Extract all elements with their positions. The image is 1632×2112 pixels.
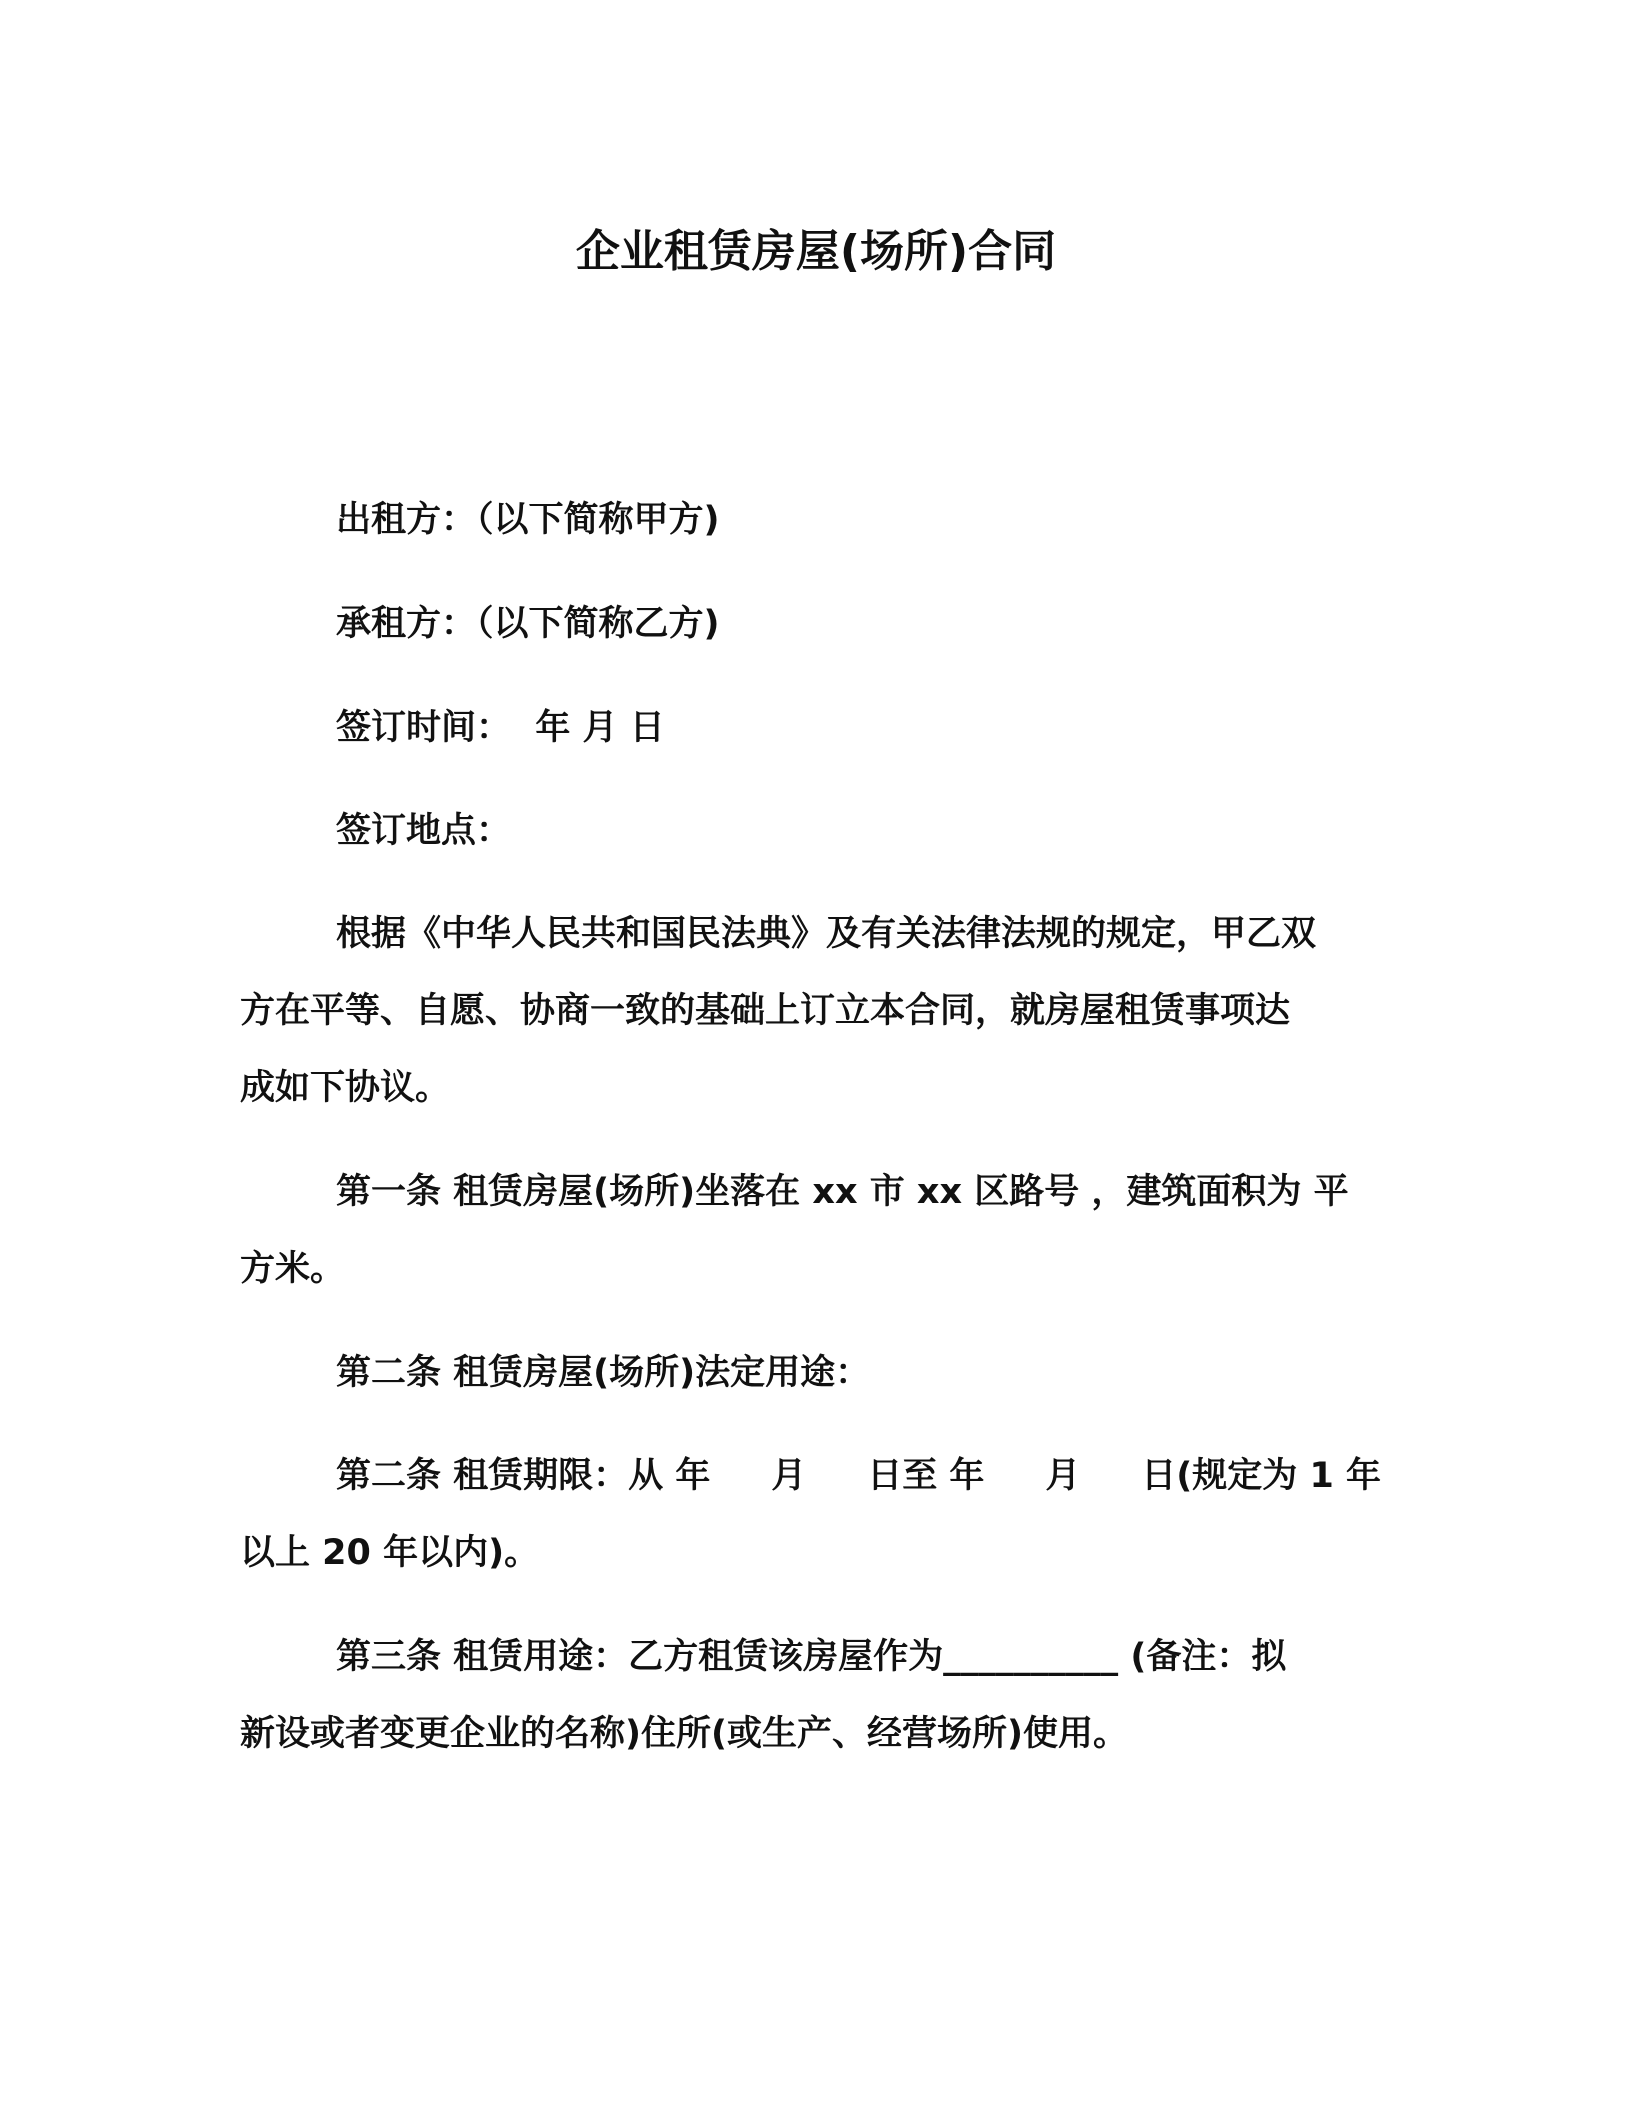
article-3-line-2: 新设或者变更企业的名称)住所(或生产、经营场所)使用。: [240, 1710, 1128, 1758]
lessor-line: 出租方：（以下简称甲方): [336, 496, 720, 544]
article-2b-line-1: 第二条 租赁期限：从 年 月 日至 年 月 日(规定为 1 年: [336, 1452, 1381, 1500]
signing-place-line: 签订地点：: [336, 807, 511, 855]
article-2-line-1: 第二条 租赁房屋(场所)法定用途：: [336, 1349, 870, 1397]
preamble-line-3: 成如下协议。: [240, 1064, 450, 1112]
lessee-line: 承租方：（以下简称乙方): [336, 600, 720, 648]
preamble-line-1: 根据《中华人民共和国民法典》及有关法律法规的规定，甲乙双: [336, 910, 1316, 958]
preamble-line-2: 方在平等、自愿、协商一致的基础上订立本合同，就房屋租赁事项达: [240, 987, 1290, 1035]
signing-date-line: 签订时间： 年 月 日: [336, 704, 665, 752]
article-1-line-2: 方米。: [240, 1245, 345, 1293]
article-2b-line-2: 以上 20 年以内)。: [240, 1529, 539, 1577]
document-page: 企业租赁房屋(场所)合同 出租方：（以下简称甲方) 承租方：（以下简称乙方) 签…: [0, 0, 1632, 2112]
article-1-line-1: 第一条 租赁房屋(场所)坐落在 xx 市 xx 区路号 ，建筑面积为 平: [336, 1168, 1349, 1216]
article-3-line-1: 第三条 租赁用途：乙方租赁该房屋作为__________ (备注：拟: [336, 1633, 1286, 1681]
document-title: 企业租赁房屋(场所)合同: [0, 222, 1632, 282]
